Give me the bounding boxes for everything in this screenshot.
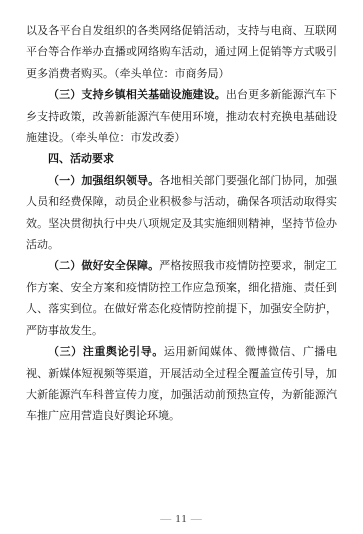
document-page: 以及各平台自发组织的各类网络促销活动，支持与电商、互联网平台等合作举办直播或网络… — [0, 0, 363, 534]
body-paragraph: （三）支持乡镇相关基础设施建设。出台更多新能源汽车下乡支持政策，改善新能源汽车使… — [26, 85, 337, 149]
paragraph-lead: （二）做好安全保障。 — [48, 260, 159, 272]
paragraph-lead: （三）注重舆论引导。 — [48, 346, 164, 358]
section-heading: 四、活动要求 — [26, 149, 337, 170]
body-paragraph: （二）做好安全保障。严格按照我市疫情防控要求，制定工作方案、安全方案和疫情防控工… — [26, 256, 337, 342]
page-number-dash-left: — — [160, 513, 172, 525]
paragraph-text: 以及各平台自发组织的各类网络促销活动，支持与电商、互联网平台等合作举办直播或网络… — [26, 25, 337, 80]
body-paragraph: （三）注重舆论引导。运用新闻媒体、微博微信、广播电视、新媒体短视频等渠道，开展活… — [26, 342, 337, 428]
section-heading-text: 四、活动要求 — [48, 153, 114, 165]
document-body: 以及各平台自发组织的各类网络促销活动，支持与电商、互联网平台等合作举办直播或网络… — [26, 21, 337, 428]
body-paragraph: 以及各平台自发组织的各类网络促销活动，支持与电商、互联网平台等合作举办直播或网络… — [26, 21, 337, 85]
page-number: —11— — [0, 513, 363, 525]
body-paragraph: （一）加强组织领导。各地相关部门要强化部门协同，加强人员和经费保障，动员企业积极… — [26, 171, 337, 257]
paragraph-lead: （一）加强组织领导。 — [48, 175, 159, 187]
page-number-dash-right: — — [191, 513, 203, 525]
paragraph-lead: （三）支持乡镇相关基础设施建设。 — [48, 89, 226, 101]
page-number-value: 11 — [175, 513, 188, 525]
